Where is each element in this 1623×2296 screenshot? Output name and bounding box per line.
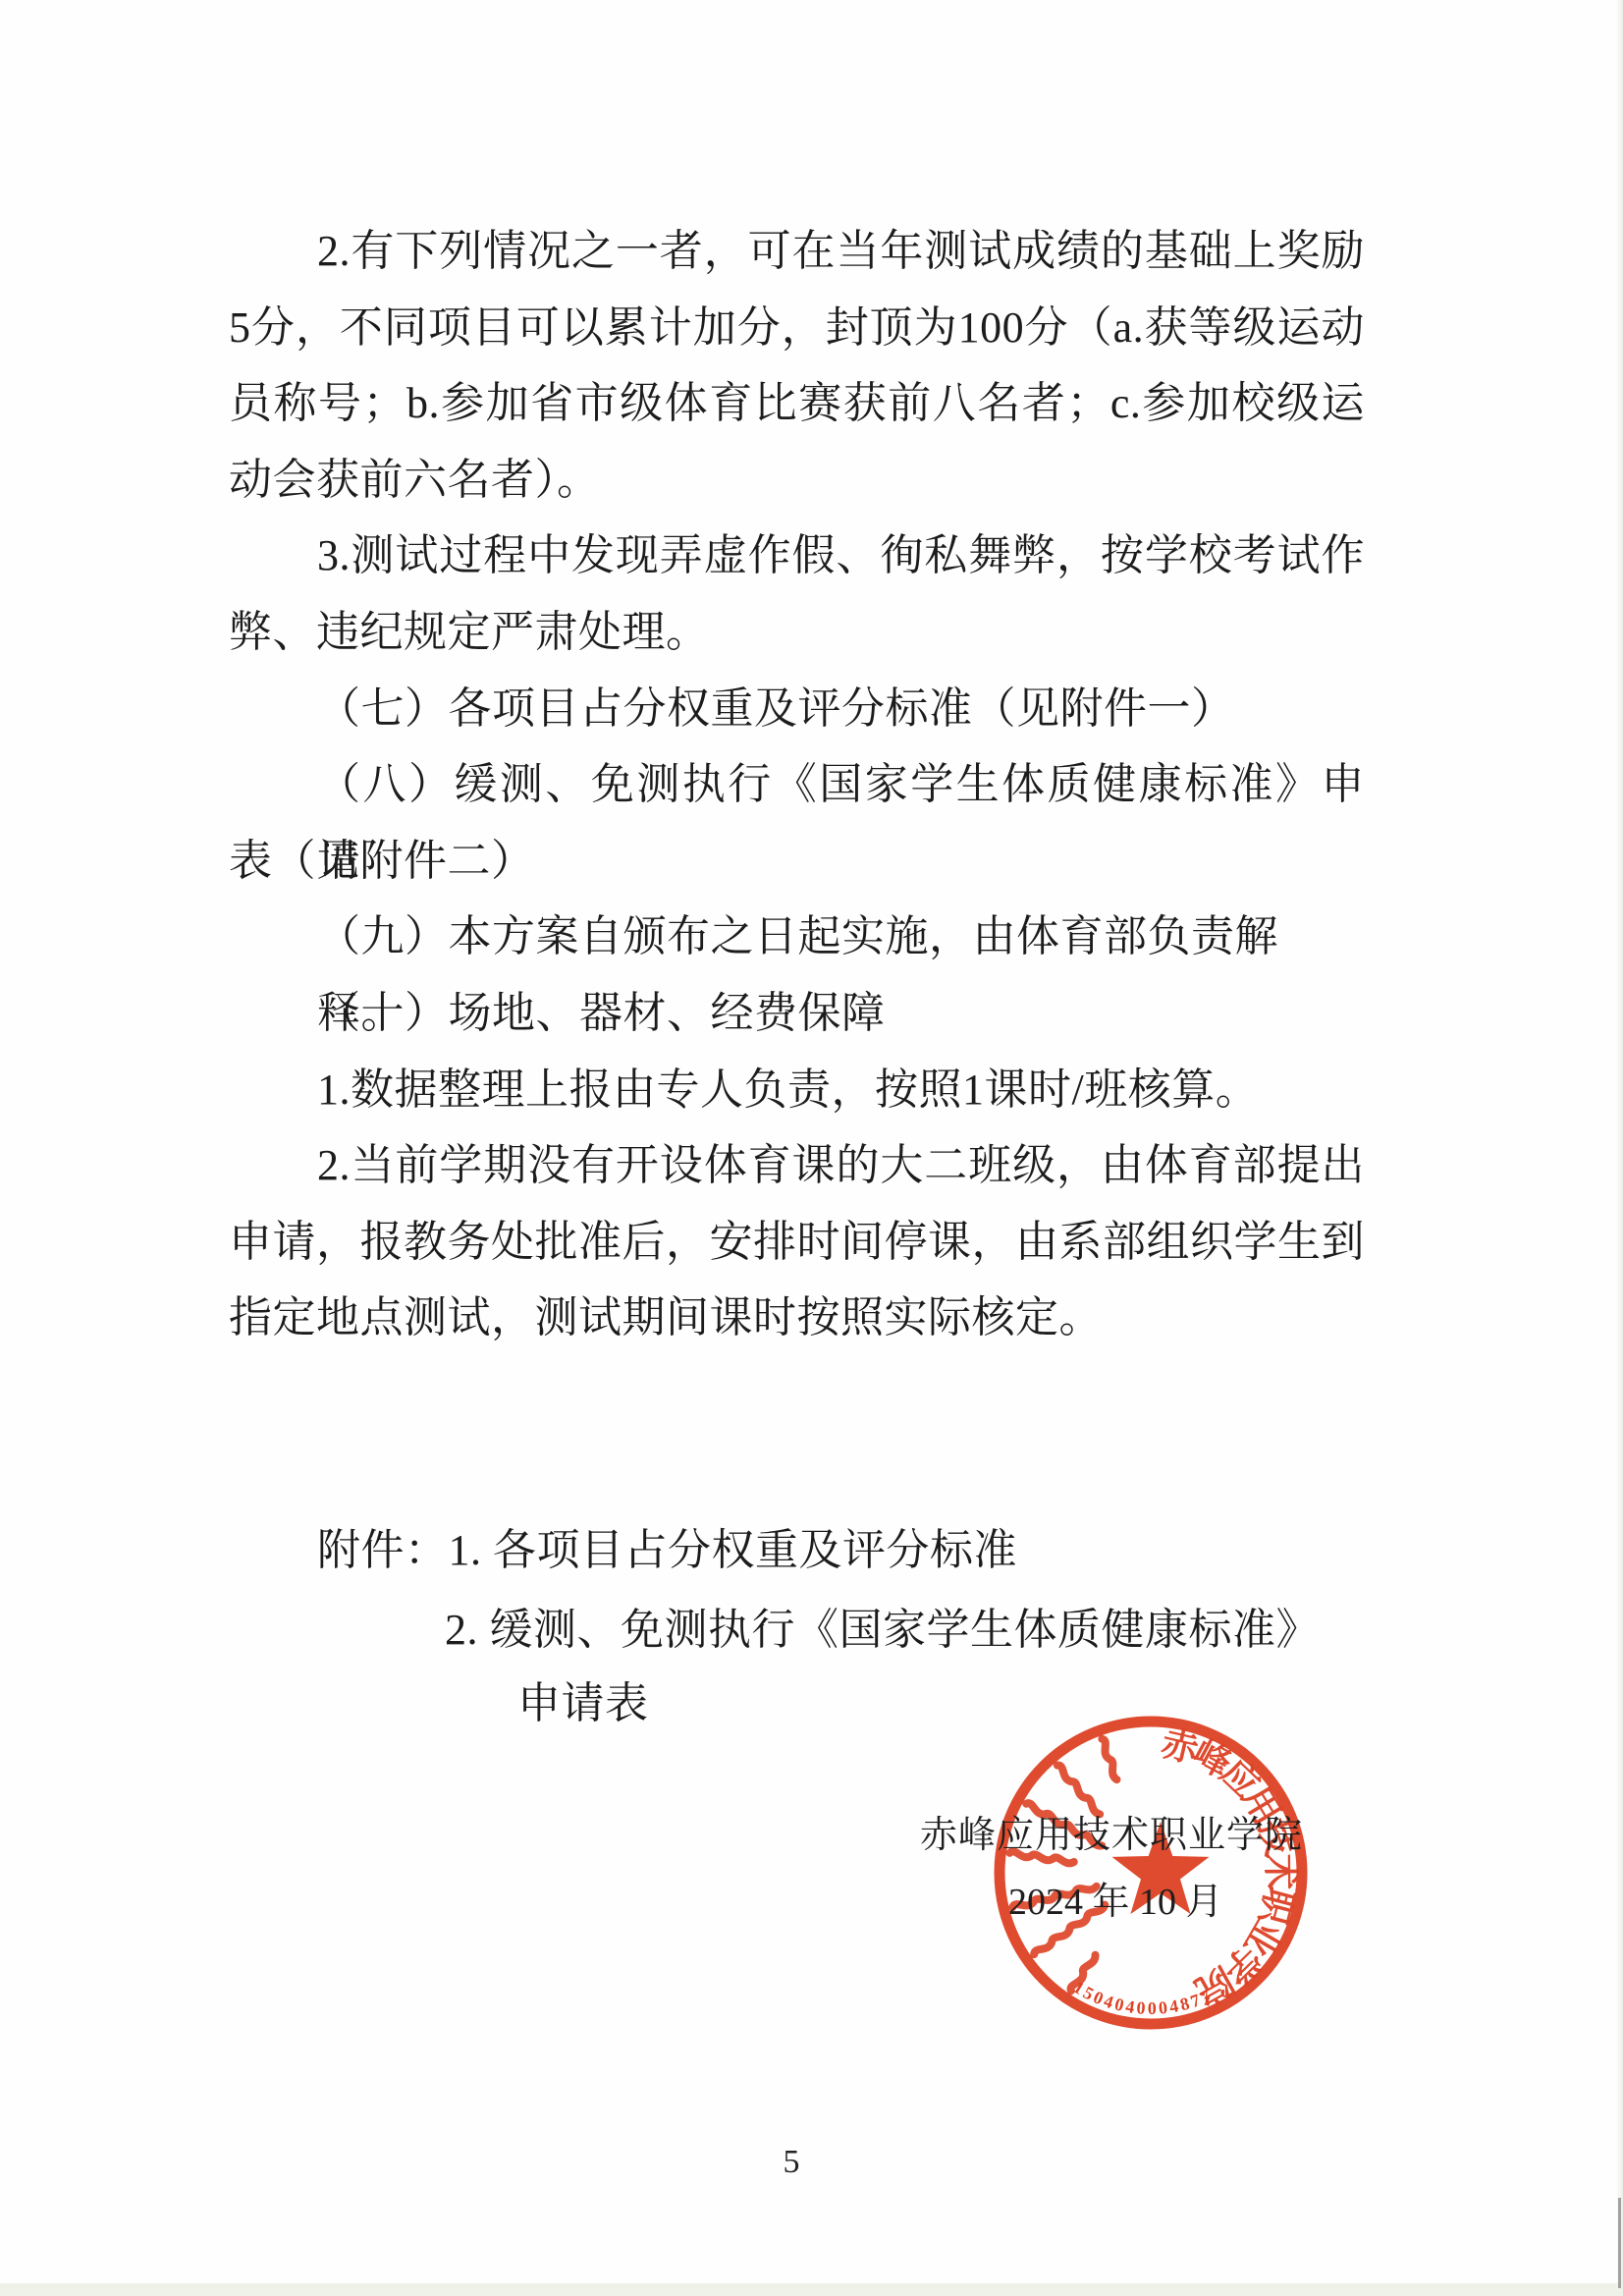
signature-date: 2024 年 10 月 <box>1008 1880 1223 1925</box>
body-line: 3.测试过程中发现弄虚作假、徇私舞弊，按学校考试作 <box>229 518 1365 594</box>
body-line: （七）各项目占分权重及评分标准（见附件一） <box>229 671 1365 747</box>
body-line: 表（见附件二） <box>229 823 1365 900</box>
attachment-label: 附件： <box>317 1526 449 1574</box>
body-line: 动会获前六名者）。 <box>229 442 1365 519</box>
attachment-item-2-continuation: 申请表 <box>517 1666 649 1742</box>
body-line: 员称号；b.参加省市级体育比赛获前八名者；c.参加校级运 <box>229 365 1365 442</box>
document-page: 2.有下列情况之一者，可在当年测试成绩的基础上奖励 5分，不同项目可以累计加分，… <box>0 0 1623 2296</box>
attachment-item-2: 2. 缓测、免测执行《国家学生体质健康标准》 <box>445 1592 1320 1668</box>
body-line: 指定地点测试，测试期间课时按照实际核定。 <box>229 1280 1365 1356</box>
body-line: （八）缓测、免测执行《国家学生体质健康标准》申请 <box>229 746 1365 823</box>
page-number: 5 <box>756 2144 827 2181</box>
svg-text:0: 0 <box>1148 1998 1157 2018</box>
body-line: 2.当前学期没有开设体育课的大二班级，由体育部提出 <box>229 1127 1365 1204</box>
scan-edge-shade <box>1616 0 1623 2296</box>
svg-text:0: 0 <box>1136 1997 1146 2018</box>
body-line: （九）本方案自颁布之日起实施，由体育部负责解释。 <box>229 899 1365 975</box>
body-line: 弊、违纪规定严肃处理。 <box>229 594 1365 671</box>
scan-corner-artifact <box>1618 2198 1621 2288</box>
mongolian-script-decoration <box>1055 1764 1101 1815</box>
svg-text:0: 0 <box>1158 1997 1168 2018</box>
body-line: 5分，不同项目可以累计加分，封顶为100分（a.获等级运动 <box>229 290 1365 366</box>
svg-text:4: 4 <box>1124 1996 1136 2017</box>
attachment-item-1: 1. 各项目占分权重及评分标准 <box>449 1526 1018 1574</box>
attachment-list-line: 附件：1. 各项目占分权重及评分标准 <box>317 1512 1017 1589</box>
body-line: 1.数据整理上报由专人负责，按照1课时/班核算。 <box>229 1052 1365 1128</box>
body-line: （十）场地、器材、经费保障 <box>229 975 1365 1052</box>
scan-bottom-edge <box>0 2283 1623 2296</box>
body-line: 2.有下列情况之一者，可在当年测试成绩的基础上奖励 <box>229 213 1365 290</box>
body-line: 申请，报教务处批准后，安排时间停课，由系部组织学生到 <box>229 1204 1365 1281</box>
official-seal: 赤峰应用技术职业学院1504040004877 <box>984 1706 1318 2040</box>
signature-organization: 赤峰应用技术职业学院 <box>920 1813 1303 1858</box>
body-text: 2.有下列情况之一者，可在当年测试成绩的基础上奖励 5分，不同项目可以累计加分，… <box>229 213 1365 1356</box>
mongolian-script-decoration <box>1101 1738 1119 1780</box>
